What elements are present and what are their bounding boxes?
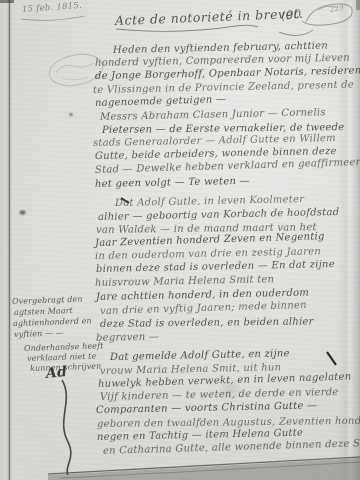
handwritten-line: nagenoemde getuigen — <box>95 94 227 109</box>
scan-background-bottom <box>48 458 360 480</box>
ink-blot <box>18 209 27 216</box>
handwritten-line: deze Stad is overleden, en beiden alhier <box>100 316 314 330</box>
ink-blot <box>68 112 74 117</box>
margin-signature: Ad <box>45 364 68 382</box>
handwritten-line: binnen deze stad is overleden — En dat z… <box>96 259 335 275</box>
handwritten-line: huisvrouw Maria Helena Smit ten <box>95 274 275 289</box>
scan-corner-shadow <box>356 0 360 10</box>
act-title: Acte de notorieté in brevet. <box>115 6 304 28</box>
handwritten-line: Dat gemelde Adolf Gutte, en zijne <box>110 348 290 363</box>
margin-brace-flourish <box>62 380 71 475</box>
scan-corner-shadow <box>0 0 14 3</box>
handwritten-line: alhier — geboortig van Korbach de hoofds… <box>98 207 340 223</box>
page-bottom-edge-shadow <box>60 462 360 478</box>
margin-note-line: vyftien — — <box>14 328 64 339</box>
date-underline-flourish <box>21 16 85 20</box>
handwritten-line: Messrs Abraham Clasen Junior — Cornelis <box>100 107 326 123</box>
heavy-ink-stroke <box>327 352 336 365</box>
page-left-edge-line <box>9 0 10 480</box>
folio-number: (90 <box>280 7 302 23</box>
handwritten-line: geboren den twaalfden Augustus, Zeventie… <box>97 416 360 430</box>
margin-note-line: agtsten Maart <box>14 306 73 317</box>
margin-note-line: aghtienhonderd en <box>13 316 92 328</box>
handwritten-line: van drie en vyftig Jaaren; mede binnen <box>100 300 307 317</box>
margin-note-line: Overgebragt den <box>12 295 83 306</box>
handwritten-line: het geen volgt — Te weten — <box>95 176 250 190</box>
page-bottom-edge <box>48 457 360 474</box>
handwritten-line: begraven — <box>96 332 159 344</box>
handwritten-line: Comparanten — voorts Christina Gutte — <box>96 400 317 416</box>
date-annotation: 15 feb. 1815. <box>22 1 83 15</box>
handwritten-line: Dat Adolf Gutle, in leven Koolmeter <box>115 194 304 209</box>
document-scan: 15 feb. 1815. Acte de notorieté in breve… <box>0 0 360 480</box>
